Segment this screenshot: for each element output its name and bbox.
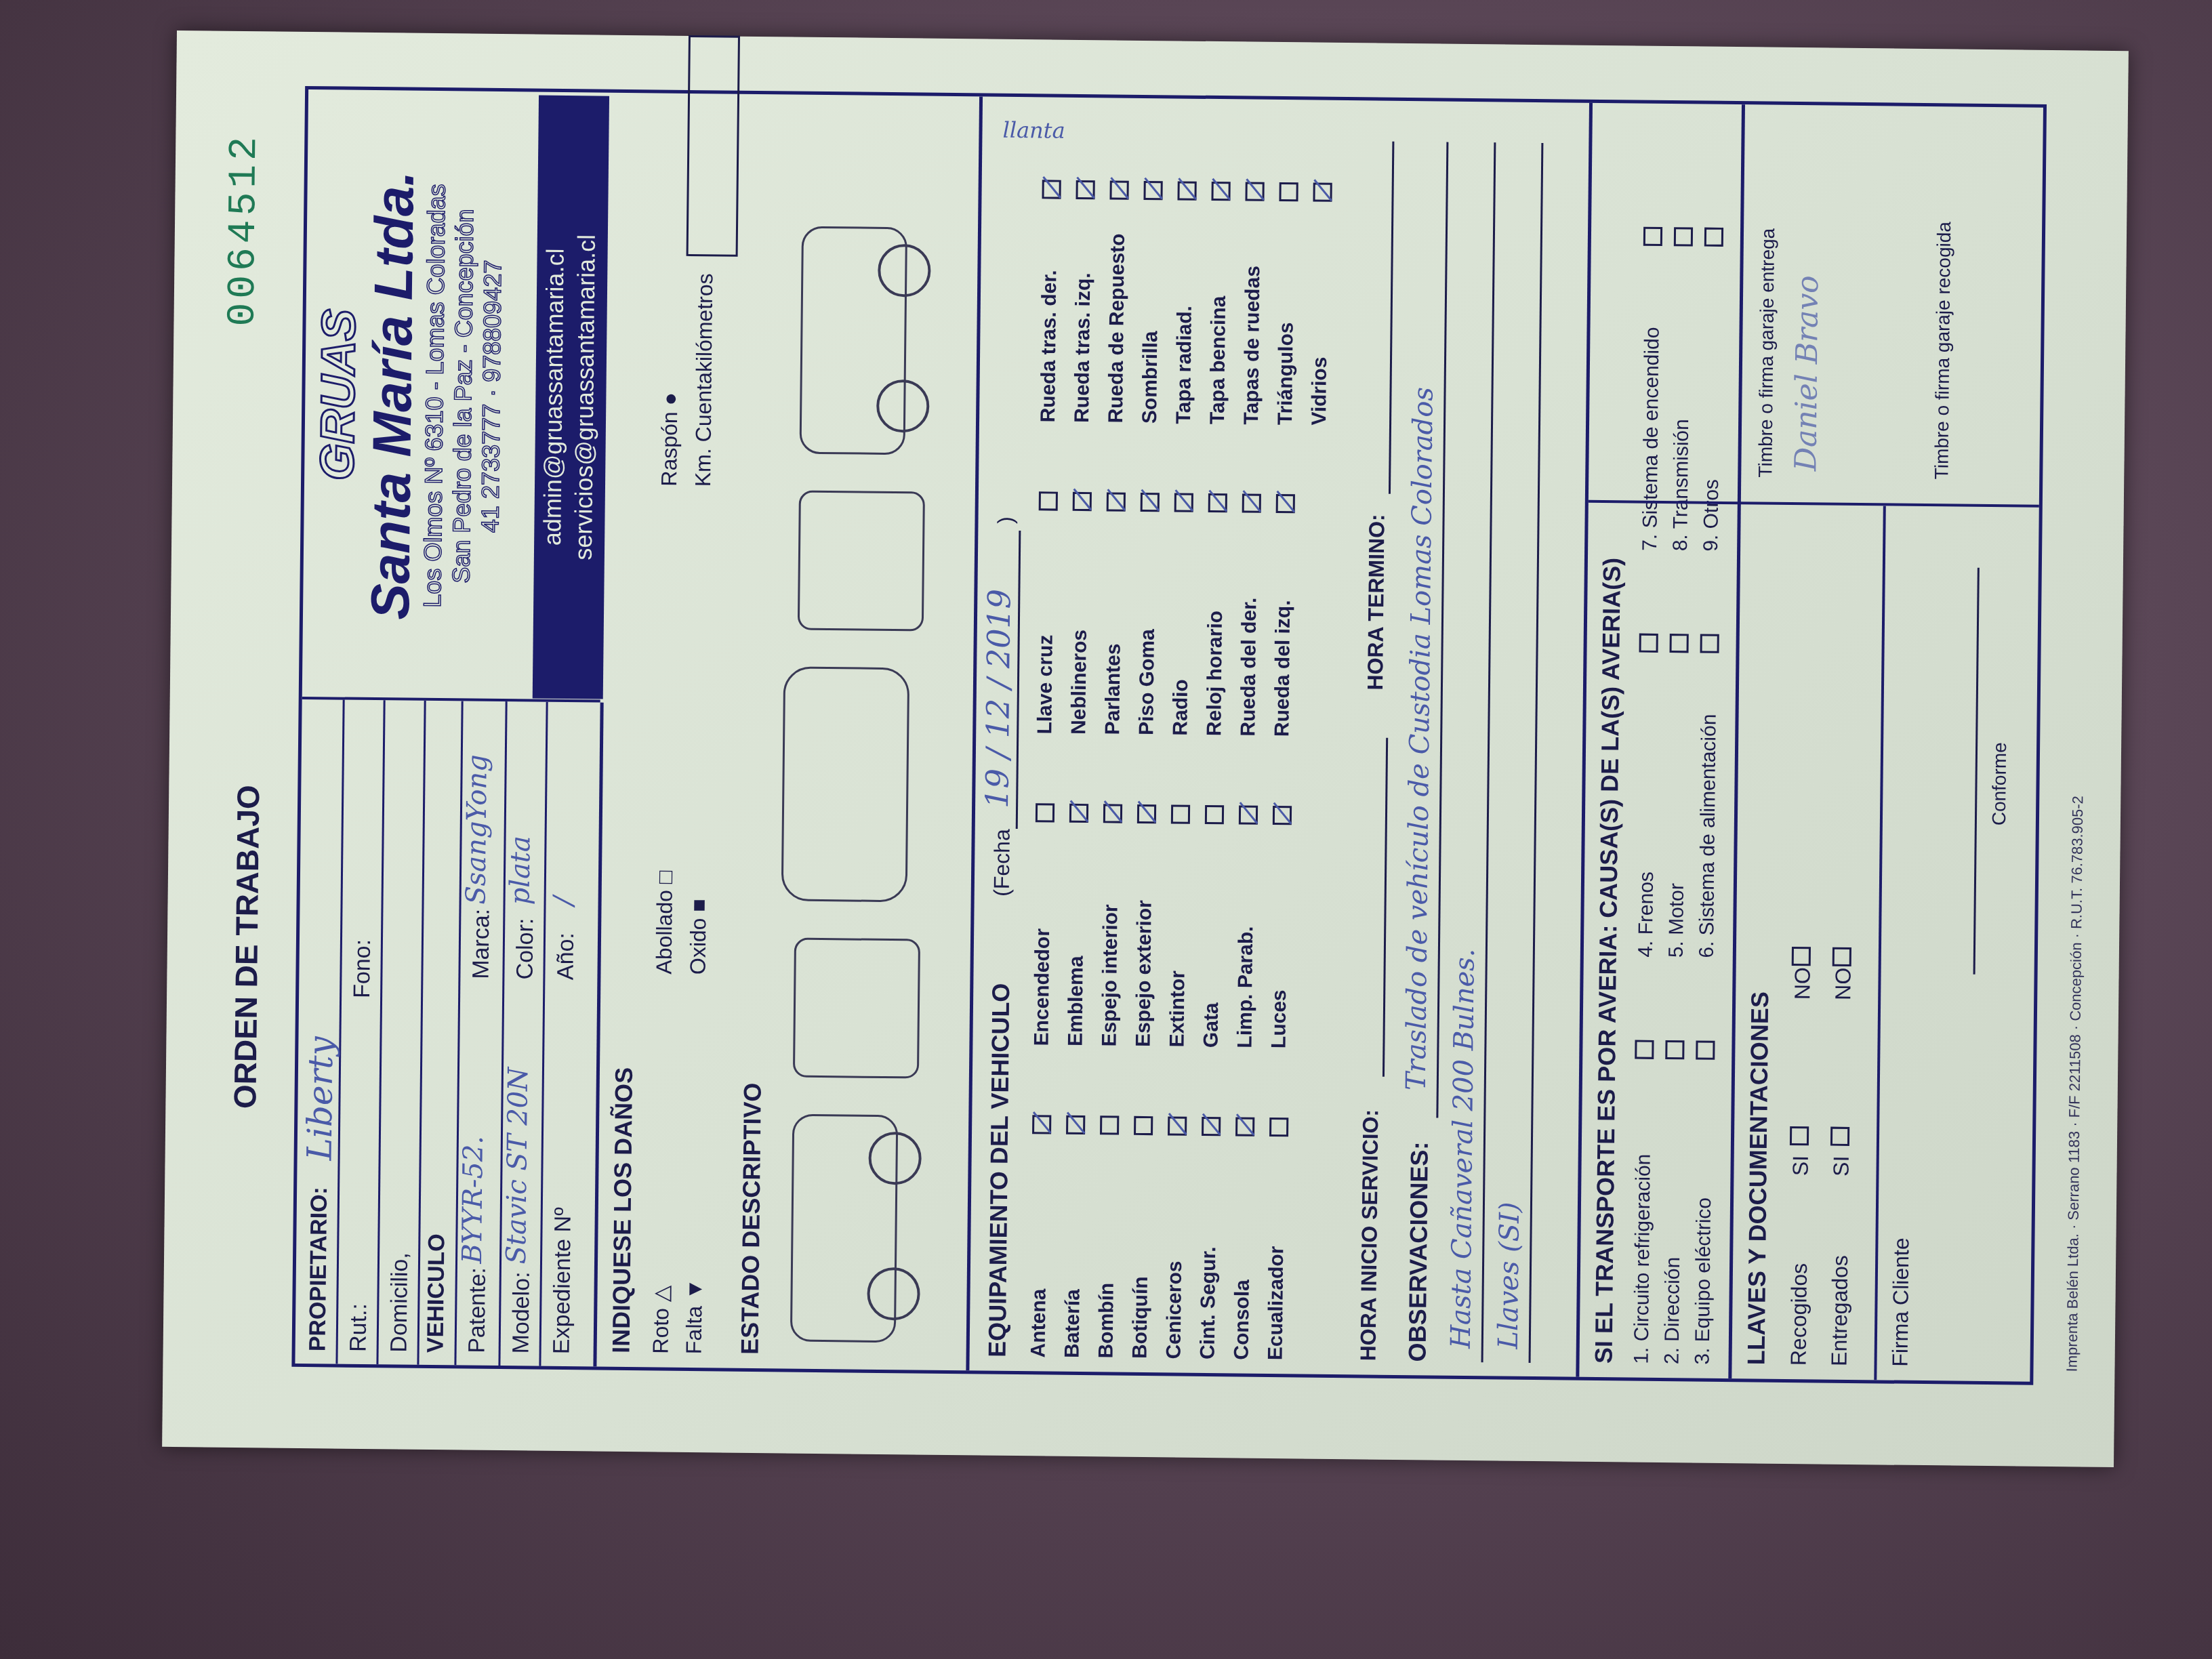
averia-item-label: 6. Sistema de alimentación — [1696, 714, 1721, 958]
car-side-right-diagram[interactable] — [800, 226, 908, 455]
estado-title: ESTADO DESCRIPTIVO — [736, 1082, 767, 1355]
service-section: HORA INICIO SERVICIO: HORA TERMINO: OBSE… — [1349, 100, 1586, 1376]
legend-abollado-label: Abollado — [651, 890, 676, 975]
equipment-item-label: Batería — [1061, 1289, 1085, 1358]
car-rear-diagram[interactable] — [798, 491, 925, 632]
modelo-label: Modelo: — [508, 1271, 535, 1353]
equipment-item-label: Rueda del der. — [1237, 597, 1261, 736]
obs-line-3 — [1529, 143, 1544, 1363]
car-top-diagram[interactable] — [781, 666, 910, 902]
legend-oxido: Oxido ■ — [685, 899, 711, 975]
averia-item-label: 5. Motor — [1665, 883, 1689, 958]
work-order-form: 0064512 ORDEN DE TRABAJO PROPIETARIO: Li… — [162, 30, 2129, 1467]
color-label: Color: — [512, 918, 539, 980]
averia-item-label: 4. Frenos — [1635, 872, 1658, 958]
domicilio-label: Domicilio, — [386, 1252, 414, 1353]
equipment-item-label: Vidrios — [1308, 356, 1332, 426]
averia-checkbox[interactable] — [1665, 1040, 1684, 1059]
equipment-checkbox[interactable] — [1273, 806, 1292, 825]
equipment-item-label: Bombín — [1095, 1283, 1119, 1359]
llaves-title: LLAVES Y DOCUMENTACIONES — [1742, 991, 1775, 1366]
equipment-item-label: Rueda de Repuesto — [1105, 233, 1130, 423]
equipment-item-label: Emblema — [1064, 956, 1088, 1046]
recogidos-si-label: SI — [1788, 1155, 1813, 1176]
entregados-no-checkbox[interactable] — [1832, 947, 1851, 966]
equipment-checkbox[interactable] — [1066, 1115, 1085, 1134]
patente-label: Patente: — [464, 1267, 491, 1353]
equipment-item-label: Neblineros — [1067, 630, 1092, 735]
color-value[interactable]: plata — [505, 836, 537, 905]
equipment-checkbox[interactable] — [1109, 180, 1128, 199]
triangle-filled-icon: ▼ — [682, 1278, 706, 1300]
equipment-item-label: Piso Goma — [1135, 629, 1160, 735]
marca-value[interactable]: SsangYong — [461, 754, 493, 905]
equipment-checkbox[interactable] — [1036, 803, 1054, 822]
damages-section: INDIQUESE LOS DAÑOS Roto △ Falta ▼ Aboll… — [593, 93, 972, 1371]
garaje-entrega-label: Timbre o firma garaje entrega — [1755, 228, 1779, 478]
hora-inicio-label: HORA INICIO SERVICIO: — [1356, 1109, 1384, 1361]
equipment-checkbox[interactable] — [1168, 1116, 1187, 1135]
km-label: Km. Cuentakilómetros — [691, 273, 718, 487]
legend-oxido-label: Oxido — [685, 918, 710, 975]
legend-raspon-label: Raspón — [657, 411, 682, 487]
llaves-section: LLAVES Y DOCUMENTACIONES Recogidos SI NO… — [1732, 504, 1876, 1380]
equipment-checkbox[interactable] — [1276, 494, 1295, 513]
printer-footer: Imprenta Belén Ltda. · Serrano 1183 · F/… — [2063, 796, 2087, 1372]
recogidos-label: Recogidos — [1786, 1263, 1813, 1366]
equipment-checkbox[interactable] — [1239, 805, 1258, 824]
wheel-icon — [868, 1132, 922, 1185]
equipment-checkbox[interactable] — [1269, 1118, 1288, 1136]
equipment-checkbox[interactable] — [1069, 804, 1088, 823]
equipment-checkbox[interactable] — [1076, 180, 1094, 199]
equipment-checkbox[interactable] — [1103, 804, 1122, 823]
garaje-entrega-signature[interactable]: Daniel Bravo — [1788, 275, 1825, 471]
equipment-checkbox[interactable] — [1313, 183, 1332, 202]
fono-label: Fono: — [349, 939, 376, 998]
km-input[interactable] — [687, 35, 740, 257]
equipment-title: EQUIPAMIENTO DEL VEHICULO — [983, 983, 1016, 1357]
company-email2[interactable]: servicios@gruassantamaria.cl — [567, 96, 604, 699]
company-phones: 41 2733777 · 978809427 — [474, 95, 509, 698]
equipment-checkbox[interactable] — [1042, 180, 1061, 199]
averia-item-label: 8. Transmisión — [1669, 419, 1694, 551]
equipment-item-label: Botiquín — [1129, 1276, 1153, 1359]
equipment-checkbox[interactable] — [1141, 493, 1160, 512]
equipment-item-label: Tapa bencina — [1206, 295, 1231, 424]
equipment-item-label: Sombrilla — [1139, 331, 1162, 424]
averia-item-label: 7. Sistema de encendido — [1639, 327, 1664, 551]
averia-item-label: 3. Equipo eléctrico — [1692, 1197, 1717, 1365]
car-side-left-diagram[interactable] — [790, 1114, 899, 1343]
dot-icon: ● — [657, 392, 682, 406]
averia-item-label: 2. Dirección — [1661, 1257, 1685, 1365]
equipment-item-label: Parlantes — [1101, 643, 1125, 735]
equipment-item-label: Luces — [1267, 989, 1291, 1048]
legend-abollado: Abollado □ — [651, 871, 678, 975]
square-outline-icon: □ — [653, 871, 677, 884]
equipment-item-label: Tapas de ruedas — [1240, 266, 1265, 425]
averia-checkbox[interactable] — [1643, 227, 1662, 246]
entregados-no-label: NO — [1830, 968, 1856, 1000]
equipment-item-label: Ecualizador — [1265, 1246, 1289, 1361]
square-filled-icon: ■ — [686, 899, 710, 912]
equipment-section: EQUIPAMIENTO DEL VEHICULO (Fecha 19 / 12… — [969, 96, 1362, 1374]
divider — [1874, 506, 1886, 1380]
recogidos-no-checkbox[interactable] — [1792, 947, 1811, 966]
obs-line-2 — [1481, 142, 1496, 1362]
equipment-checkbox[interactable] — [1279, 182, 1298, 201]
equipment-item-label: Antena — [1027, 1289, 1051, 1358]
equipment-checkbox[interactable] — [1208, 493, 1227, 512]
averia-item-label: 1. Circuito refrigeración — [1631, 1153, 1656, 1364]
recogidos-si-checkbox[interactable] — [1790, 1126, 1809, 1145]
company-name-gruas: GRUAS — [308, 93, 368, 697]
equipment-item-label: Cint. Segur. — [1197, 1246, 1221, 1359]
equipment-checkbox[interactable] — [1171, 804, 1190, 823]
vehiculo-label: VEHICULO — [423, 1233, 451, 1353]
car-front-diagram[interactable] — [793, 938, 920, 1079]
equipment-checkbox[interactable] — [1143, 181, 1162, 200]
entregados-si-label: SI — [1828, 1155, 1853, 1176]
averia-checkbox[interactable] — [1674, 227, 1693, 246]
company-header: GRUAS Santa María Ltda. Los Olmos Nº 631… — [302, 93, 539, 699]
propietario-label: PROPIETARIO: — [305, 1187, 333, 1351]
averia-checkbox[interactable] — [1696, 1041, 1715, 1060]
equipment-checkbox[interactable] — [1242, 493, 1261, 512]
observaciones-line-2[interactable]: Hasta Cañaveral 200 Bulnes. — [1446, 948, 1481, 1349]
serial-number: 0064512 — [221, 133, 267, 327]
equipment-checkbox[interactable] — [1039, 491, 1058, 510]
spacer — [1883, 106, 1887, 506]
legend-falta-label: Falta — [682, 1306, 707, 1355]
observaciones-label: OBSERVACIONES: — [1404, 1141, 1434, 1361]
equipment-item-label: Llave cruz — [1033, 635, 1058, 735]
equipment-item-label: Radio — [1169, 679, 1193, 736]
averia-checkbox[interactable] — [1700, 634, 1719, 653]
averia-checkbox[interactable] — [1639, 634, 1658, 653]
averia-checkbox[interactable] — [1670, 634, 1689, 653]
averia-checkbox[interactable] — [1635, 1040, 1654, 1059]
obs-line-1 — [1436, 142, 1448, 1118]
ano-value[interactable]: / — [548, 896, 579, 905]
equipment-checkbox[interactable] — [1137, 804, 1156, 823]
equipment-side-note: llanta — [1002, 117, 1065, 144]
expediente-label: Expediente Nº — [549, 1207, 577, 1354]
entregados-si-checkbox[interactable] — [1830, 1127, 1849, 1146]
equipment-item-label: Reloj horario — [1203, 611, 1227, 736]
legend-roto: Roto △ — [648, 1285, 674, 1353]
owner-vehicle-box: PROPIETARIO: Liberty Rut.: Fono: Domicil… — [295, 699, 600, 1367]
equipment-item-label: Limp. Parab. — [1233, 926, 1258, 1048]
averia-checkbox[interactable] — [1704, 228, 1723, 247]
equipment-checkbox[interactable] — [1073, 492, 1092, 511]
conforme-label: Conforme — [1988, 742, 2011, 825]
equipment-checkbox[interactable] — [1235, 1117, 1254, 1136]
work-order-paper: 0064512 ORDEN DE TRABAJO PROPIETARIO: Li… — [162, 30, 2129, 1467]
averia-section: SI EL TRANSPORTE ES POR AVERIA: CAUSA(S)… — [1579, 103, 1742, 1378]
equipment-checkbox[interactable] — [1202, 1117, 1221, 1136]
firma-cliente-label: Firma Cliente — [1888, 1237, 1914, 1367]
observaciones-line-1[interactable]: Traslado de vehículo de Custodia Lomas C… — [1401, 387, 1439, 1091]
observaciones-line-3[interactable]: Llaves (SI) — [1493, 1202, 1525, 1349]
legend-falta: Falta ▼ — [682, 1278, 708, 1354]
legend-roto-label: Roto — [649, 1308, 674, 1354]
equipment-item-label: Encendedor — [1030, 928, 1054, 1046]
entregados-label: Entregados — [1827, 1255, 1853, 1366]
marca-label: Marca: — [468, 909, 495, 979]
equipment-checkbox[interactable] — [1134, 1116, 1153, 1135]
triangle-outline-icon: △ — [649, 1285, 673, 1302]
equipment-item-label: Consola — [1231, 1279, 1254, 1360]
rut-label: Rut.: — [346, 1303, 373, 1352]
company-name: Santa María Ltda. — [362, 94, 424, 697]
equipment-checkbox[interactable] — [1211, 182, 1230, 201]
equipment-checkbox[interactable] — [1205, 805, 1224, 824]
equipment-checkbox[interactable] — [1107, 492, 1126, 511]
equipment-item-label: Gata — [1200, 1002, 1223, 1048]
firma-cliente-line[interactable] — [1973, 568, 1980, 975]
equipment-item-label: Extintor — [1166, 970, 1189, 1048]
equipment-item-label: Tapa radiad. — [1172, 306, 1197, 424]
equipment-checkbox[interactable] — [1032, 1115, 1051, 1134]
wheel-icon — [867, 1267, 920, 1321]
equipment-checkbox[interactable] — [1174, 493, 1193, 512]
recogidos-no-label: NO — [1790, 967, 1816, 1000]
form-frame: PROPIETARIO: Liberty Rut.: Fono: Domicil… — [291, 86, 2047, 1385]
wheel-icon — [876, 380, 930, 433]
fecha-label: (Fecha — [989, 829, 1015, 897]
fecha-value[interactable]: 19 / 12 / 2019 — [979, 589, 1017, 808]
equipment-item-label: Rueda tras. der. — [1037, 270, 1061, 422]
modelo-value[interactable]: Stavic ST 20N — [501, 1067, 534, 1265]
equipment-item-label: Espejo exterior — [1132, 900, 1156, 1047]
equipment-item-label: Triángulos — [1274, 322, 1298, 425]
hora-termino-input[interactable] — [1389, 142, 1394, 494]
legend-raspon: Raspón ● — [657, 392, 682, 487]
form-title: ORDEN DE TRABAJO — [226, 785, 266, 1109]
equipment-checkbox[interactable] — [1177, 181, 1196, 200]
equipment-checkbox[interactable] — [1245, 182, 1264, 201]
patente-value[interactable]: BYYR-52. — [457, 1136, 489, 1264]
propietario-value[interactable]: Liberty — [300, 1036, 341, 1161]
equipment-checkbox[interactable] — [1100, 1115, 1119, 1134]
company-emails: admin@gruassantamaria.cl servicios@gruas… — [533, 96, 609, 699]
garaje-recogida-label: Timbre o firma garaje recogida — [1931, 222, 1955, 480]
fecha-close: ) — [993, 516, 1018, 524]
averia-item-label: 9. Otros — [1700, 479, 1723, 552]
hora-termino-label: HORA TERMINO: — [1363, 514, 1390, 690]
damages-title: INDIQUESE LOS DAÑOS — [607, 1067, 638, 1353]
ano-label: Año: — [552, 933, 579, 980]
wheel-icon — [878, 244, 931, 298]
equipment-item-label: Espejo interior — [1098, 904, 1122, 1046]
averia-title: SI EL TRANSPORTE ES POR AVERIA: CAUSA(S)… — [1590, 558, 1626, 1364]
equipment-item-label: Ceniceros — [1163, 1261, 1187, 1359]
hora-inicio-input[interactable] — [1382, 738, 1388, 1077]
equipment-item-label: Rueda tras. izq. — [1071, 272, 1095, 423]
equipment-item-label: Rueda del izq. — [1271, 600, 1295, 737]
